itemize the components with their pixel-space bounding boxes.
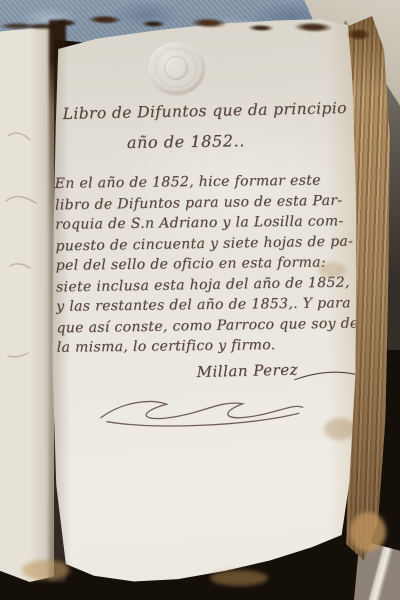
body-line: puesto de cincuenta y siete hojas de pa- (55, 231, 355, 256)
embossed-seal-icon (148, 42, 204, 94)
ink-showthrough-marks (2, 106, 52, 426)
body-line: libro de Difuntos para uso de esta Par- (55, 190, 355, 215)
paper-stain (318, 262, 346, 278)
manuscript-body-paragraph: En el año de 1852, hice formar este libr… (55, 170, 357, 358)
paper-stain (324, 418, 356, 440)
rubric-flourish-icon (93, 389, 313, 431)
signature-flourish-icon (293, 367, 357, 385)
body-line: que así conste, como Parroco que soy de (56, 313, 356, 338)
signature: Millan Perez (196, 361, 298, 381)
manuscript-title-year: año de 1852.. (127, 131, 245, 152)
recto-page: Libro de Difuntos que da principio año d… (46, 13, 360, 590)
seal-inner-circle (164, 56, 188, 80)
photo-open-manuscript-book: Libro de Difuntos que da principio año d… (0, 0, 400, 600)
verso-page (0, 26, 54, 582)
body-line: siete inclusa esta hoja del año de 1852, (56, 272, 356, 297)
paper-stain (22, 560, 70, 580)
fore-edge-stain (350, 512, 386, 552)
paper-stain (210, 570, 268, 586)
manuscript-title-line: Libro de Difuntos que da principio (63, 99, 348, 123)
